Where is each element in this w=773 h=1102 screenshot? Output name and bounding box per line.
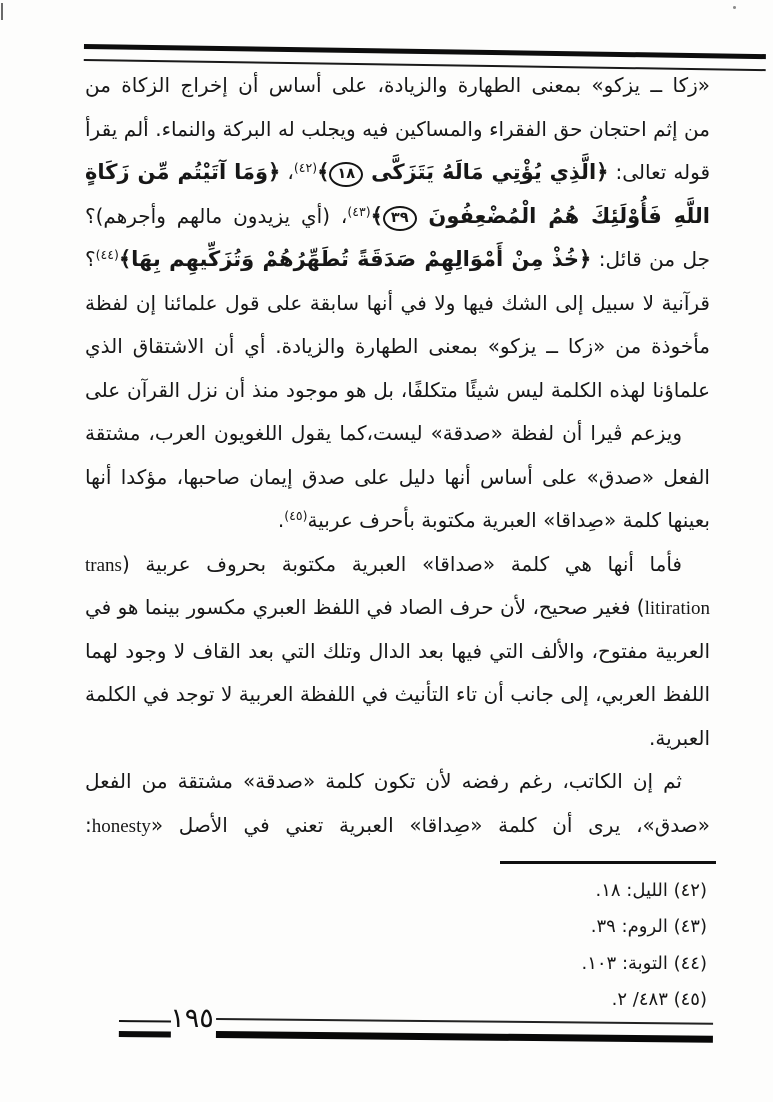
body-text: «زكا ــ يزكو» بمعنى الطهارة والزيادة، عل…: [85, 64, 710, 847]
body-text-segment: العربية مفتوح، والألف التي فيها بعد الدا…: [85, 639, 710, 674]
body-text-segment: اللفظ العربي، إلى جانب أن تاء التأنيث في…: [85, 682, 710, 706]
body-line-verse: قوله تعالى: ﴿الَّذِي يُؤْتِي مَالَهُ يَت…: [85, 151, 710, 195]
quran-verse-close-bracket: ﴾: [371, 204, 383, 228]
body-line: «صدق»، يرى أن كلمة «صِداقا» العبرية تعني…: [85, 804, 710, 848]
ayah-number-badge: ٣٩: [383, 206, 417, 231]
body-text-segment: «صدق»، يرى أن كلمة «صِداقا» العبرية تعني…: [151, 813, 710, 837]
body-text-segment: قرآنية لا سبيل إلى الشك فيها ولا في أنها…: [85, 291, 710, 326]
body-text-segment: ثم إن الكاتب، رغم رفضه لأن تكون كلمة «صد…: [85, 769, 682, 804]
footer-rule-right: [216, 1018, 713, 1043]
quran-verse-segment: اللَّهِ فَأُوْلَئِكَ هُمُ الْمُضْعِفُونَ: [417, 204, 710, 228]
body-text-segment: ،: [280, 160, 293, 184]
body-line-verse: اللَّهِ فَأُوْلَئِكَ هُمُ الْمُضْعِفُونَ…: [85, 195, 710, 239]
quran-verse-close-bracket: ﴾: [317, 160, 329, 184]
ayah-number-badge: ١٨: [329, 162, 363, 187]
body-text-segment: من إثم احتجان حق الفقراء والمساكين فيه و…: [85, 117, 710, 152]
body-line-paragraph-start: فأما أنها هي كلمة «صداقا» العبرية مكتوبة…: [85, 543, 710, 587]
body-text-segment: قوله تعالى:: [608, 160, 710, 184]
latin-term: trans: [85, 555, 122, 576]
body-text-segment: جل من قائل:: [591, 247, 710, 271]
body-line: الفعل «صدق» على أساس أنها دليل على صدق إ…: [85, 456, 710, 500]
footnote-reference: (٤٢): [294, 160, 317, 175]
footnote-reference: (٤٤): [96, 247, 119, 262]
body-text-segment: فأما أنها هي كلمة «صداقا» العبرية مكتوبة…: [122, 552, 682, 576]
body-line: اللفظ العربي، إلى جانب أن تاء التأنيث في…: [85, 673, 710, 717]
latin-term: litiration: [645, 598, 710, 619]
footnote-item: (٤٤) التوبة: ١٠٣.: [277, 946, 707, 982]
footnote-reference: (٤٥): [284, 508, 307, 523]
body-line: قرآنية لا سبيل إلى الشك فيها ولا في أنها…: [85, 282, 710, 326]
body-text-segment: علماؤنا لهذه الكلمة ليس شيئًا متكلفًا، ب…: [85, 378, 710, 413]
body-text-segment: مأخوذة من «زكا ــ يزكو» بمعنى الطهارة وا…: [85, 334, 710, 369]
body-text-segment: ويزعم ڤيرا أن لفظة «صدقة» ليست،كما يقول …: [85, 421, 682, 456]
body-line-paragraph-end: العبرية.: [85, 717, 710, 761]
footer-rule-left: [119, 1020, 171, 1038]
body-line-verse: جل من قائل: ﴿خُذْ مِنْ أَمْوَالِهِمْ صَد…: [85, 238, 710, 282]
body-line-paragraph-end: بعينها كلمة «صِداقا» العبرية مكتوبة بأحر…: [85, 499, 710, 543]
body-line: مأخوذة من «زكا ــ يزكو» بمعنى الطهارة وا…: [85, 325, 710, 369]
footnote-item: (٤٥) ٤٨٣/ ٢.: [277, 982, 707, 1018]
footnote-separator: [500, 861, 716, 864]
body-line-paragraph-start: ويزعم ڤيرا أن لفظة «صدقة» ليست،كما يقول …: [85, 412, 710, 456]
footnote-item: (٤٣) الروم: ٣٩.: [277, 909, 707, 945]
body-line: litiration) فغير صحيح، لأن حرف الصاد في …: [85, 586, 710, 630]
body-text-segment: ) فغير صحيح، لأن حرف الصاد في اللفظ العب…: [85, 595, 645, 619]
footnotes: (٤٢) الليل: ١٨. (٤٣) الروم: ٣٩. (٤٤) الت…: [277, 873, 707, 1019]
body-line: من إثم احتجان حق الفقراء والمساكين فيه و…: [85, 108, 710, 152]
body-line: علماؤنا لهذه الكلمة ليس شيئًا متكلفًا، ب…: [85, 369, 710, 413]
quran-verse-segment: ﴿الَّذِي يُؤْتِي مَالَهُ يَتَزَكَّى: [363, 160, 608, 184]
scanned-book-page: «زكا ــ يزكو» بمعنى الطهارة والزيادة، عل…: [0, 0, 773, 1102]
body-text-segment: الفعل «صدق» على أساس أنها دليل على صدق إ…: [85, 465, 710, 500]
body-text-segment: بعينها كلمة «صِداقا» العبرية مكتوبة بأحر…: [308, 508, 711, 532]
page-number: ١٩٥: [166, 1003, 218, 1034]
body-line-paragraph-start: ثم إن الكاتب، رغم رفضه لأن تكون كلمة «صد…: [85, 760, 710, 804]
quran-verse-segment: ﴿خُذْ مِنْ أَمْوَالِهِمْ صَدَقَةً تُطَهِ…: [119, 247, 591, 271]
body-line: «زكا ــ يزكو» بمعنى الطهارة والزيادة، عل…: [85, 64, 710, 108]
scan-artifact-top-left: [1, 3, 3, 20]
latin-term: honesty: [92, 816, 151, 837]
body-text-segment: العبرية.: [649, 726, 710, 750]
footnote-item: (٤٢) الليل: ١٨.: [277, 873, 707, 909]
footnote-reference: (٤٣): [347, 204, 370, 219]
body-line: العربية مفتوح، والألف التي فيها بعد الدا…: [85, 630, 710, 674]
scan-artifact-top-right: [733, 6, 736, 9]
body-text-segment: «زكا ــ يزكو» بمعنى الطهارة والزيادة، عل…: [85, 73, 710, 108]
